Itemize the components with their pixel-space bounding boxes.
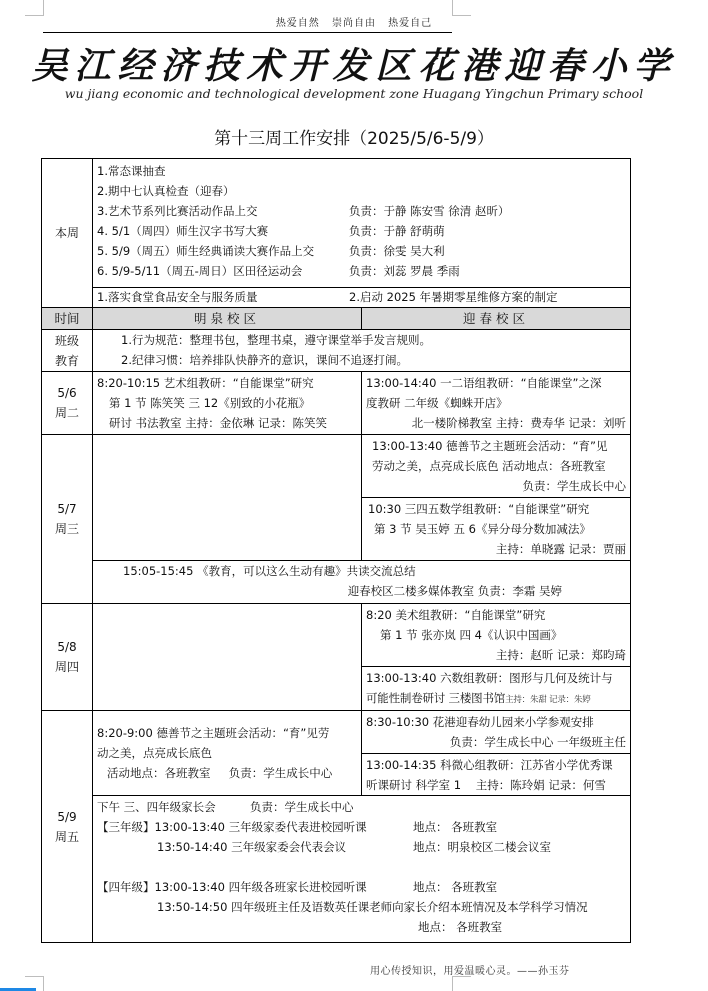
- parent-meeting-owner: 负责：学生成长中心: [250, 797, 354, 817]
- table-header-row: 时间 明泉校区 迎春校区: [42, 308, 631, 330]
- mingquan-cell-empty: [93, 604, 362, 711]
- day-label: 5/6 周二: [42, 372, 93, 435]
- day-row-5-8: 5/8 周四 8:20 美术组教研：“自能课堂”研究 第 1 节 张亦岚 四 4…: [42, 604, 631, 667]
- yingchun-cell: 8:30-10:30 花港迎春幼儿园来小学参观安排 负责：学生成长中心 一年级班…: [362, 711, 631, 754]
- this-week-item: 3.艺术节系列比赛活动作品上交负责：于静 陈安雪 徐清 赵昕）: [97, 201, 626, 221]
- this-week-label: 本周: [42, 159, 93, 308]
- class-education-item: 1.行为规范：整理书包，整理书桌，遵守课堂举手发言规则。: [121, 330, 626, 350]
- grade3-item: 【三年级】13:00-13:40 三年级家委代表进校园听课 地点： 各班教室: [97, 817, 626, 837]
- class-education-label: 班级 教育: [42, 330, 93, 372]
- yingchun-cell: 13:00-14:35 科微心组教研：江苏省小学优秀课 听课研讨 科学室 1 主…: [362, 754, 631, 796]
- yingchun-cell: 13:00-14:40 一二语组教研：“自能课堂”之深 度教研 二年级《蜘蛛开店…: [362, 372, 631, 435]
- header-motto: 热爱自然 崇尚自由 热爱自己: [0, 14, 708, 29]
- day-row-5-9: 5/9 周五 8:20-9:00 德善节之主题班会活动：“育”见劳 动之美，点亮…: [42, 711, 631, 754]
- header-rule: [43, 32, 452, 33]
- column-header-time: 时间: [42, 308, 93, 330]
- day-label: 5/9 周五: [42, 711, 93, 943]
- day-row-5-7-shared: 15:05-15:45 《教育，可以这么生动有趣》共读交流总结 迎春校区二楼多媒…: [42, 561, 631, 604]
- class-education-items: 1.行为规范：整理书包，整理书桌，遵守课堂举手发言规则。 2.纪律习惯：培养排队…: [93, 330, 631, 372]
- school-logo-english: wu jiang economic and technological deve…: [0, 86, 708, 101]
- this-week-item: 5. 5/9（周五）师生经典诵读大赛作品上交负责：徐雯 吴大利: [97, 241, 626, 261]
- day-row-5-7: 5/7 周三 13:00-13:40 德善节之主题班会活动：“育”见 劳动之美，…: [42, 435, 631, 498]
- logistics-items: 1.落实食堂食品安全与服务质量2.启动 2025 年暑期零星维修方案的制定: [93, 288, 631, 308]
- yingchun-cell: 8:20 美术组教研：“自能课堂”研究 第 1 节 张亦岚 四 4《认识中国画》…: [362, 604, 631, 667]
- logistics-item: 1.落实食堂食品安全与服务质量: [97, 288, 349, 307]
- parent-meeting-row: 下午 三、四年级家长会 负责：学生成长中心 【三年级】13:00-13:40 三…: [42, 796, 631, 943]
- page-corner-mark: [452, 976, 471, 991]
- parent-meeting-title: 下午 三、四年级家长会: [97, 797, 250, 817]
- page-title: 第十三周工作安排（2025/5/6-5/9）: [0, 124, 708, 149]
- yingchun-cell: 13:00-13:40 六数组教研：图形与几何及统计与 可能性制卷研讨 三楼图书…: [362, 667, 631, 711]
- footer-quote: 用心传授知识，用爱温暖心灵。——孙玉芬: [370, 962, 570, 977]
- grade4-item: 【四年级】13:00-13:40 四年级各班家长进校园听课 地点： 各班教室: [97, 877, 626, 897]
- grade3-item: 13:50-14:40 三年级家委会代表会议 地点：明泉校区二楼会议室: [97, 837, 626, 857]
- this-week-row: 本周 1.常态课抽查 2.期中七认真检查（迎春） 3.艺术节系列比赛活动作品上交…: [42, 159, 631, 288]
- this-week-item: 2.期中七认真检查（迎春）: [97, 181, 626, 201]
- class-education-item: 2.纪律习惯：培养排队快静齐的意识，课间不追逐打闹。: [121, 350, 626, 370]
- mingquan-cell: 8:20-10:15 艺术组教研：“自能课堂”研究 第 1 节 陈笑笑 三 12…: [93, 372, 362, 435]
- parent-meeting-cell: 下午 三、四年级家长会 负责：学生成长中心 【三年级】13:00-13:40 三…: [93, 796, 631, 943]
- yingchun-cell: 10:30 三四五数学组教研：“自能课堂”研究 第 3 节 吴玉婷 五 6《异分…: [362, 498, 631, 561]
- this-week-items: 1.常态课抽查 2.期中七认真检查（迎春） 3.艺术节系列比赛活动作品上交负责：…: [93, 159, 631, 288]
- mingquan-cell-empty: [93, 435, 362, 561]
- mingquan-cell: 8:20-9:00 德善节之主题班会活动：“育”见劳 动之美，点亮成长底色 活动…: [93, 711, 362, 796]
- this-week-item: 4. 5/1（周四）师生汉字书写大赛负责：于静 舒萌萌: [97, 221, 626, 241]
- shared-event-cell: 15:05-15:45 《教育，可以这么生动有趣》共读交流总结 迎春校区二楼多媒…: [93, 561, 631, 604]
- logistics-item: 2.启动 2025 年暑期零星维修方案的制定: [349, 288, 558, 307]
- column-header-mingquan: 明泉校区: [93, 308, 362, 330]
- day-label: 5/8 周四: [42, 604, 93, 711]
- class-education-row: 班级 教育 1.行为规范：整理书包，整理书桌，遵守课堂举手发言规则。 2.纪律习…: [42, 330, 631, 372]
- schedule-table: 本周 1.常态课抽查 2.期中七认真检查（迎春） 3.艺术节系列比赛活动作品上交…: [41, 158, 631, 943]
- grade4-place: 地点： 各班教室: [418, 920, 502, 934]
- this-week-item: 1.常态课抽查: [97, 161, 626, 181]
- yingchun-cell: 13:00-13:40 德善节之主题班会活动：“育”见 劳动之美，点亮成长底色 …: [362, 435, 631, 498]
- logistics-row: 1.落实食堂食品安全与服务质量2.启动 2025 年暑期零星维修方案的制定: [42, 288, 631, 308]
- day-row-5-6: 5/6 周二 8:20-10:15 艺术组教研：“自能课堂”研究 第 1 节 陈…: [42, 372, 631, 435]
- school-logo-chinese: 吴江经济技术开发区花港迎春小学: [0, 38, 708, 89]
- day-label: 5/7 周三: [42, 435, 93, 604]
- column-header-yingchun: 迎春校区: [362, 308, 631, 330]
- grade4-item: 13:50-14:50 四年级班主任及语数英任课老师向家长介绍本班情况及本学科学…: [97, 897, 626, 917]
- this-week-item: 6. 5/9-5/11（周五-周日）区田径运动会负责：刘蕊 罗晨 季雨: [97, 261, 626, 281]
